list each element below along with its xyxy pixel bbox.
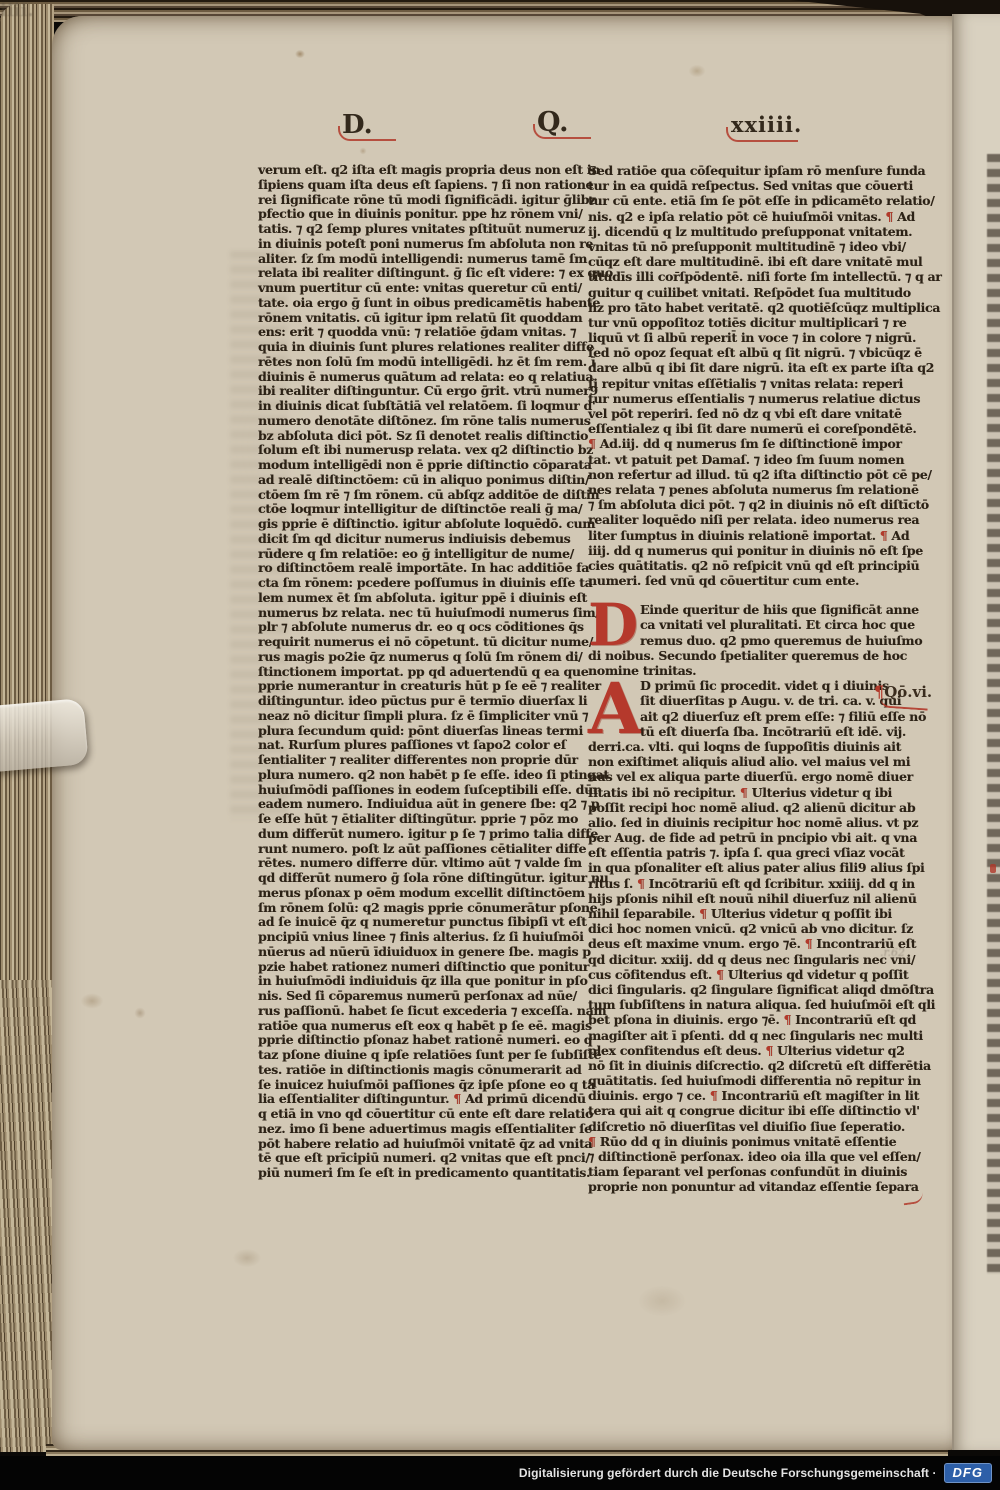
text-line: titudīs illi cor̄ſpōdentē. niſi forte ſm… xyxy=(588,269,918,284)
text-line: ſe inuicez huiuſmōi paſſiones q̄z ipſe p… xyxy=(258,1078,584,1093)
paraph-mark: ¶ xyxy=(880,528,888,543)
text-line: per Aug. de fide ad petrū in pncipio vbi… xyxy=(588,830,918,845)
text-line: tur vnū oppoſitoz totiēs dicitur multipl… xyxy=(588,315,918,330)
text-line: dicit ſm qd dicitur numerus indiuisis de… xyxy=(258,532,584,547)
text-line: lia eſſentialiter diſtinguntur. ¶ Ad pri… xyxy=(258,1092,584,1107)
text-line: in diuinis poteſt poni numerus ſm abſolu… xyxy=(258,237,584,252)
text-line: verum eſt. q2 iſta eſt magis propria deu… xyxy=(258,163,584,178)
rubricated-initial-a: A xyxy=(588,678,640,738)
text-line: tes. ratiōe in diſtinctionis magis cōnum… xyxy=(258,1063,584,1078)
text-line: rus magis po2ie q̄z numerus q ſolū ſm rō… xyxy=(258,650,584,665)
text-line: qd dicitur. xxiij. dd q deus nec ſingula… xyxy=(588,952,918,967)
question-v-replies-section: Sed ratiōe qua cōſequitur ipſam rō menſu… xyxy=(588,163,918,588)
text-line: plex confitendus eſt deus. ¶ Ulterius vi… xyxy=(588,1043,918,1058)
text-line: realiter loquēdo niſi per relata. ideo n… xyxy=(588,512,918,527)
text-line: deus eſt maxime vnum. ergo ⁊ē. ¶ Incontr… xyxy=(588,936,918,951)
text-line: ſed nō opoz ſequat eſt albū q ſit nigrū.… xyxy=(588,345,918,360)
text-line: pprie diſtinctio pſonaz habet rationē nu… xyxy=(258,1033,584,1048)
text-line: quia in diuinis ſunt plures relationes r… xyxy=(258,340,584,355)
text-line: rōnem vnitatis. cū igitur ipm relatū ſit… xyxy=(258,311,584,326)
text-line: derri.ca. vlti. qui loqns de ſuppoſitis … xyxy=(588,739,918,754)
text-line: ij. dicendū q lz multitudo preſupponat v… xyxy=(588,224,918,239)
adjacent-page-gutter xyxy=(952,14,1000,1450)
pencil-margin-note: .r.62 xyxy=(880,946,905,959)
text-line: numeri. ſed vnū qd cōuertitur cum ente. xyxy=(588,573,918,588)
text-line: cūqz eſt dare multitudinē. ibi eſt dare … xyxy=(588,254,918,269)
paraph-mark: ¶ xyxy=(453,1091,461,1106)
text-line: nis. Sed ſi cōparemus numerū perſonax ad… xyxy=(258,989,584,1004)
text-line: liter ſumptus in diuinis relationē impor… xyxy=(588,528,918,543)
question-vi-article-section: A D primū ſic procedit. videt q i diuini… xyxy=(588,678,918,1194)
text-line: tera qui ait q congrue dicitur ibi eſſe … xyxy=(588,1103,918,1118)
text-line: proprie non ponuntur ad vitandaz eſſenti… xyxy=(588,1179,918,1194)
text-line: ſentialiter ⁊ realiter differentes non p… xyxy=(258,753,584,768)
text-line: dici ſingularis. q2 ſingulare ſignificat… xyxy=(588,982,918,997)
text-line: eſt eſſentia patris ⁊. ipſa ſ. qua greci… xyxy=(588,845,918,860)
text-line: ſitatis ibi nō recipitur. ¶ Ulterius vid… xyxy=(588,785,918,800)
text-line: ⁊ diſtinctionē perſonax. ideo oia illa q… xyxy=(588,1149,918,1164)
text-line: numerus bz relata. nec tū huiuſmodi nume… xyxy=(258,606,584,621)
text-line: in qua pſonaliter eſt alius pater alius … xyxy=(588,860,918,875)
rubric-swash xyxy=(533,124,591,139)
paraph-mark: ¶ xyxy=(740,785,748,800)
rubricated-initial-d: D xyxy=(588,602,640,645)
text-line: aliter. ſz ſm modū intelligendi: numerus… xyxy=(258,252,584,267)
text-line: cta ſm rōnem: pcedere poſſumus in diuini… xyxy=(258,576,584,591)
text-line: ratiōe qua numerus eſt eox q habēt p ſe … xyxy=(258,1019,584,1034)
text-line: ſtinctionem importat. pp qd aduertendū q… xyxy=(258,665,584,680)
text-line: ad realē diſtinctōem: cū in aliquo ponim… xyxy=(258,473,584,488)
text-line: in huiuſmōdi indiuiduis q̄z illa que pon… xyxy=(258,974,584,989)
text-line: ſe eſſe hūt ⁊ ētialiter diſtingūtur. ppr… xyxy=(258,812,584,827)
text-line: ctōem ſm rē ⁊ ſm rōnem. cū abſqz additōe… xyxy=(258,488,584,503)
text-line: non refertur ad illud. tū q2 iſta diſtin… xyxy=(588,467,918,482)
text-line: qd differūt numero ḡ ſola rōne diſtingūt… xyxy=(258,871,584,886)
text-line: liquū vt ſi albū reperit̄ in voce ⁊ in c… xyxy=(588,330,918,345)
text-line: plura ſecundum quid: pōnt diuerſas linea… xyxy=(258,724,584,739)
text-line: Sed ratiōe qua cōſequitur ipſam rō menſu… xyxy=(588,163,918,178)
text-line: merus pſonax p oēm modum excellit diſtin… xyxy=(258,886,584,901)
text-line: tur cū ente. etiā ſm ſe pōt eſſe in pdic… xyxy=(588,193,918,208)
text-line: rūdere q ſm relatiōe: eo ḡ intelligitur … xyxy=(258,547,584,562)
paraph-mark: ¶ xyxy=(716,967,724,982)
text-line: vel pōt reperiri. ſed nō dz q vbi eſt da… xyxy=(588,406,918,421)
text-line: alio. ſed in diuinis recipitur hoc nomē … xyxy=(588,815,918,830)
text-line: magiſter ait ī pſenti. dd q nec ſingular… xyxy=(588,1028,918,1043)
text-line: diuinis. ergo ⁊ ce. ¶ Incontrariū eſt ma… xyxy=(588,1088,918,1103)
page-holder-tab xyxy=(0,698,89,772)
text-line: nez. imo ſi bene aduertimus magis eſſent… xyxy=(258,1122,584,1137)
text-line: ens: erit ⁊ quodda vnū: ⁊ relatiōe ḡdam … xyxy=(258,325,584,340)
adjacent-page-text-sliver xyxy=(987,154,1000,1274)
text-line: tate. oia ergo ḡ ſunt in oibus predicamē… xyxy=(258,296,584,311)
text-line: bz abſoluta dici pōt. Sz ſi denotet real… xyxy=(258,429,584,444)
text-line: nis. q2 e ipſa relatio pōt cē huiuſmōi v… xyxy=(588,209,918,224)
text-line: rus paſſionū. habet ſe ſicut excederia ⁊… xyxy=(258,1004,584,1019)
text-line: q etiā in vno qd cōuertitur cū ente eſt … xyxy=(258,1107,584,1122)
text-line: rētes non ſolū ſm modū intelligēdi. hz ē… xyxy=(258,355,584,370)
text-line: nihil ſeparabile. ¶ Ulterius videtur q p… xyxy=(588,906,918,921)
text-line: gis pprie ē diſtinctio. igitur abſolute … xyxy=(258,517,584,532)
text-line: dare albū q ibi ſit dare nigrū. ita eſt … xyxy=(588,360,918,375)
dfg-logo: DFG xyxy=(944,1463,992,1483)
text-line: tiam ſeparant vel perſonas confundūt in … xyxy=(588,1164,918,1179)
text-line: nūerus ad nūerū īdiuiduox in genere ſbe.… xyxy=(258,945,584,960)
text-line: vnitas tū nō preſupponit multitudinē ⁊ i… xyxy=(588,239,918,254)
text-line: lem numex ēt ſm abſoluta. igitur ppē i d… xyxy=(258,591,584,606)
text-line: cies quātitatis. q2 nō reſpicit vnū qd e… xyxy=(588,558,918,573)
text-column-right: Sed ratiōe qua cōſequitur ipſam rō menſu… xyxy=(588,163,918,1195)
ghost-folio-showthrough: iiii. xyxy=(0,0,1000,21)
text-line: pncipiū vnius linee ⁊ finis alterius. ſz… xyxy=(258,930,584,945)
text-line: ad ſe inuicē q̄z q numeretur punctus ſib… xyxy=(258,915,584,930)
paraph-mark: ¶ xyxy=(805,936,813,951)
text-line: numero denotāte diſtōnez. ſm rōne talis … xyxy=(258,414,584,429)
text-line: cus cōfitendus eſt. ¶ Ulterius qd videtu… xyxy=(588,967,918,982)
text-line: pfectio que in diuinis ponitur. ppe hz r… xyxy=(258,207,584,222)
question-vi-intro-section: D Einde queritur de hiis que ſignificāt … xyxy=(588,602,918,678)
text-line: piū numeri ſm ſe eſt in predicamento qua… xyxy=(258,1166,584,1181)
text-line: plr ⁊ abſolute numerus dr. eo q ocs cōdi… xyxy=(258,620,584,635)
text-line: dici hoc nomen vnicū. q2 vnicū ab vno di… xyxy=(588,921,918,936)
paraph-mark: ¶ xyxy=(710,1088,718,1103)
text-line: bet pſona in diuinis. ergo ⁊ē. ¶ Incontr… xyxy=(588,1012,918,1027)
text-line: nes relata ⁊ penes abſoluta numerus ſm r… xyxy=(588,482,918,497)
text-line: ¶ Rūo dd q in diuinis ponimus vnitatē eſ… xyxy=(588,1134,918,1149)
text-line: tur numerus eſſentialis ⁊ numerus relati… xyxy=(588,391,918,406)
text-line: tur in ea quidā reſpectus. Sed vnitas qu… xyxy=(588,178,918,193)
text-line: rētes. numero differre dūr. vltimo aūt ⁊… xyxy=(258,856,584,871)
text-line: diuinis ē numerus quātum ad relata: eo q… xyxy=(258,370,584,385)
text-line: pzie habet rationez numeri diſtinctio qu… xyxy=(258,960,584,975)
text-line: taz pſone diuine q ipſe relatiōes ſunt p… xyxy=(258,1048,584,1063)
paraph-mark: ¶ xyxy=(637,876,645,891)
text-line: eſſentialez q ibi ſit dare numerū ei cor… xyxy=(588,421,918,436)
text-line: ſipiens quam iſta deus eſt ſapiens. ⁊ ſi… xyxy=(258,178,584,193)
text-line: relata ibi realiter diſtingunt. ḡ ſic eſ… xyxy=(258,266,584,281)
text-line: vnum puertitur cū ente: vnitas queretur … xyxy=(258,281,584,296)
text-line: ritus ſ. ¶ Incōtrariū eſt qd ſcribitur. … xyxy=(588,876,918,891)
text-line: guitur q cuilibet vnitati. Reſpōdet ſua … xyxy=(588,285,918,300)
text-line: tum ſubſiſtens in natura aliqua. ſed hui… xyxy=(588,997,918,1012)
text-line: ſolum eſt ibi numerusp relata. vex q2 di… xyxy=(258,443,584,458)
book-scan-photo: D. Q. xxiiii. iiii. verum eſt. q2 iſta e… xyxy=(0,0,1000,1490)
text-line: hijs pſonis nihil eſt nouū nihil diuerſu… xyxy=(588,891,918,906)
paraph-mark: ¶ xyxy=(885,209,893,224)
text-line: modum intelligēdi non ē pprie diſtinctio… xyxy=(258,458,584,473)
text-line: rei ſignificate rōne tū modi ſignificādi… xyxy=(258,193,584,208)
text-line: ro diſtinctōem realē importāte. In hac a… xyxy=(258,561,584,576)
text-line: di noibus. Secundo ſpetialiter queremus … xyxy=(588,648,918,663)
text-line: nomine trinitas. xyxy=(588,663,918,678)
text-line: tē que eſt prīcipiū numeri. q2 vnitas qu… xyxy=(258,1151,584,1166)
text-line: non exiſtimet aliquis aliud alio. vel ma… xyxy=(588,754,918,769)
footer-bar: Digitalisierung gefördert durch die Deut… xyxy=(0,1456,1000,1490)
paraph-mark: ¶ xyxy=(699,906,707,921)
text-line: eadem numero. Indiuidua aūt in genere ſb… xyxy=(258,797,584,812)
rubric-swash xyxy=(726,127,798,142)
paraph-mark: ¶ xyxy=(588,1134,596,1149)
text-line: nō ſit in diuinis diſcrectio. q2 diſcret… xyxy=(588,1058,918,1073)
text-line: ¶ Ad.iij. dd q numerus ſm ſe diſtinction… xyxy=(588,436,918,451)
text-line: ibi realiter diſtinguntur. Cū ergo ḡrit.… xyxy=(258,384,584,399)
text-line: diſtinguntur. ideo pūctus pur ē termīo d… xyxy=(258,694,584,709)
text-line: hz pro tāto habet veritatē. q2 quotiēſcū… xyxy=(588,300,918,315)
paraph-mark: ¶ xyxy=(783,1012,791,1027)
paraph-mark: ¶ xyxy=(588,436,596,451)
text-line: diſcretio nō diuerſitas vel diuiſio ſiue… xyxy=(588,1119,918,1134)
text-line: tat. vt patuit pet Damaſ. ⁊ ideo ſm ſuum… xyxy=(588,452,918,467)
text-line: huiuſmōdi paſſiones in eodem ſuſceptibil… xyxy=(258,783,584,798)
paraph-mark: ¶ xyxy=(874,682,884,701)
text-line: pōt habere relatio ad huiuſmōi vnitatē q… xyxy=(258,1137,584,1152)
paraph-mark: ¶ xyxy=(765,1043,773,1058)
text-line: neaz nō dicitur ſimpli plura. ſz ē ſimpl… xyxy=(258,709,584,724)
text-line: in diuinis dicat ſubſtātiā vel relatōem.… xyxy=(258,399,584,414)
text-line: tatis. ⁊ q2 ſemp plures vnitates pſtituū… xyxy=(258,222,584,237)
margin-question-label: ¶Qō.vi. xyxy=(874,682,932,701)
text-line: plura numero. q2 non habēt p ſe eſſe. id… xyxy=(258,768,584,783)
margin-question-text: Qō.vi. xyxy=(884,683,932,701)
text-line: ſm rōnem ſolū: q2 magis pprie cōnumerātu… xyxy=(258,901,584,916)
text-line: pprie numerantur in creaturis hūt p ſe e… xyxy=(258,679,584,694)
digitization-credit: Digitalisierung gefördert durch die Deut… xyxy=(519,1466,937,1480)
text-line: nat. Rurſum plures paſſiones vt ſapo2 co… xyxy=(258,738,584,753)
text-line: poſſit recipi hoc nomē aliud. q2 alienū … xyxy=(588,800,918,815)
text-line: ctōe loqmur intelligitur de diſtinctōe r… xyxy=(258,502,584,517)
adjacent-page-rubric-speck xyxy=(990,864,996,873)
text-column-left: verum eſt. q2 iſta eſt magis propria deu… xyxy=(258,163,584,1181)
text-line: quātitatis. ſed huiuſmodi differentia nō… xyxy=(588,1073,918,1088)
text-line: ſi repitur vnitas eſſētialis ⁊ vnitas re… xyxy=(588,376,918,391)
text-line: ⁊ ſm abſoluta dici pōt. ⁊ q2 in diuinis … xyxy=(588,497,918,512)
rubric-swash xyxy=(338,126,396,141)
text-line: iiij. dd q numerus qui ponitur in diuini… xyxy=(588,543,918,558)
text-line: requirit numerus ei nō cōpetunt. tū dici… xyxy=(258,635,584,650)
text-line: runt numero. poſt lz aūt paſſiones cētia… xyxy=(258,842,584,857)
text-line: dum differūt numero. igitur p ſe ⁊ primo… xyxy=(258,827,584,842)
text-line: nus vel ex aliqua parte diuerſū. ergo no… xyxy=(588,769,918,784)
